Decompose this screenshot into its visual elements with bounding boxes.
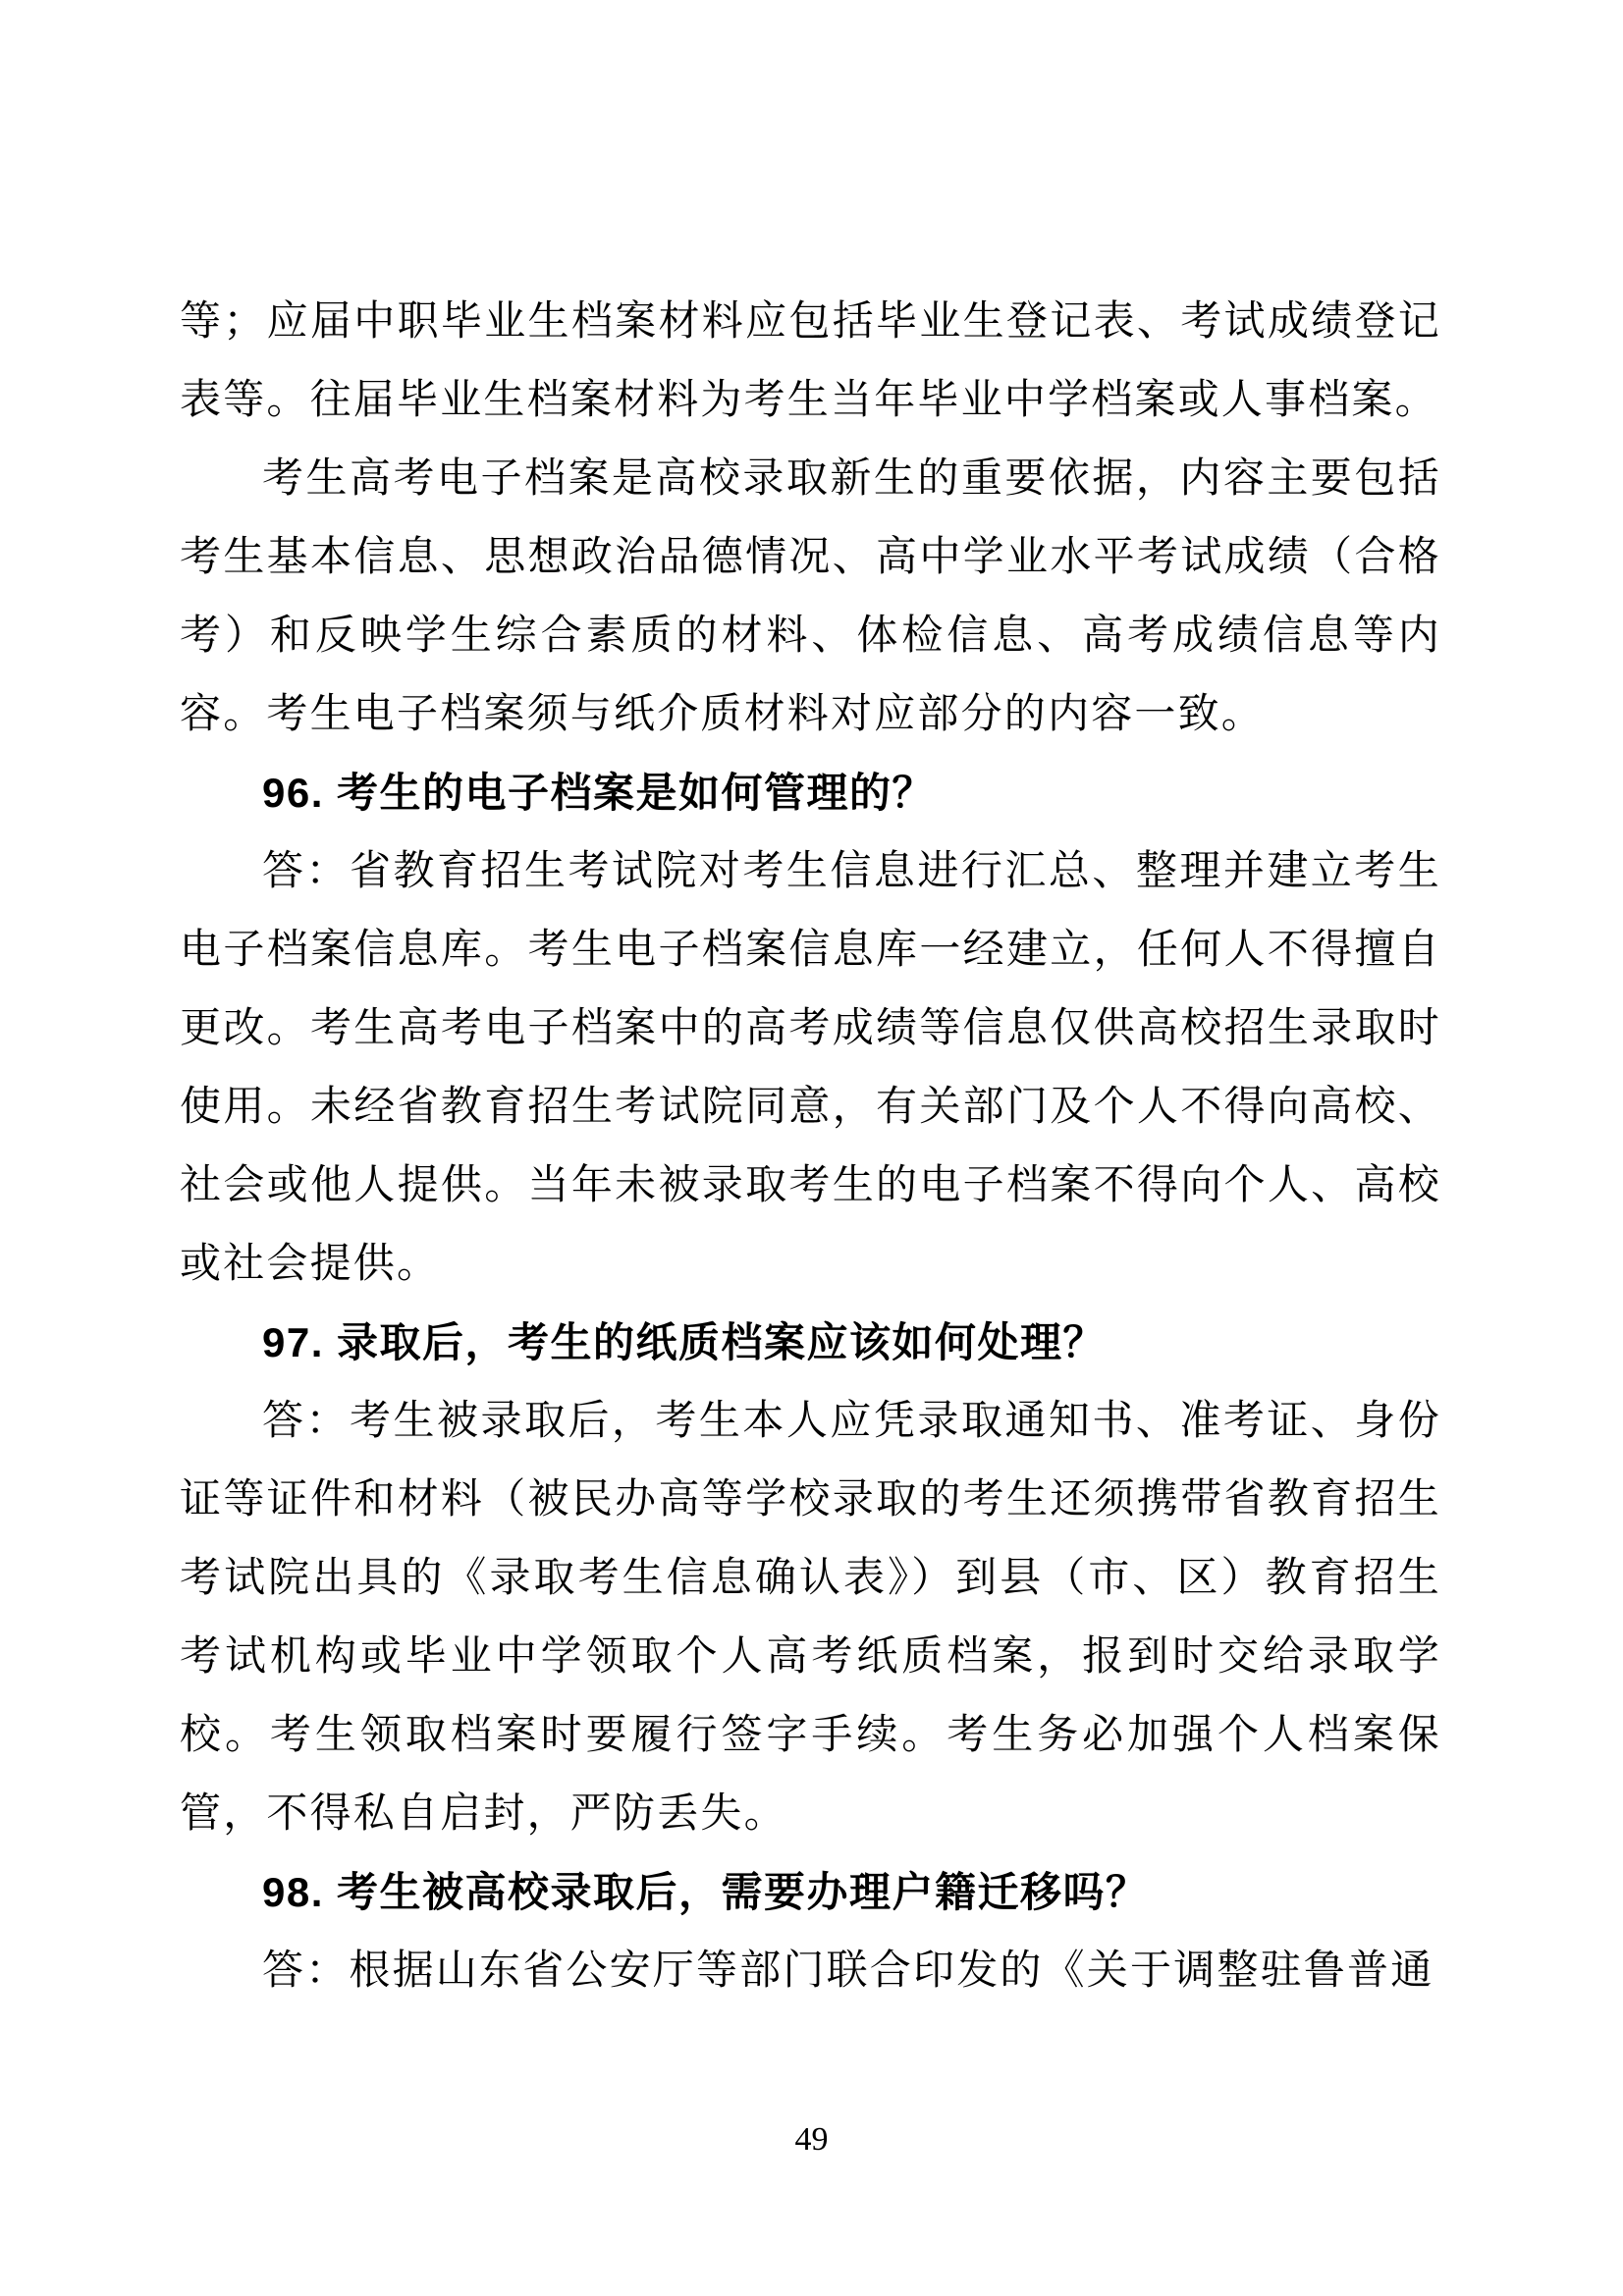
document-content: 等；应届中职毕业生档案材料应包括毕业生登记表、考试成绩登记表等。往届毕业生档案材…: [180, 283, 1441, 2010]
paragraph: 考生高考电子档案是高校录取新生的重要依据，内容主要包括考生基本信息、思想政治品德…: [180, 440, 1441, 754]
paragraph: 答：根据山东省公安厅等部门联合印发的《关于调整驻鲁普通: [180, 1932, 1441, 2010]
document-page: 等；应届中职毕业生档案材料应包括毕业生登记表、考试成绩登记表等。往届毕业生档案材…: [0, 0, 1623, 2296]
question-heading: 98. 考生被高校录取后，需要办理户籍迁移吗？: [180, 1853, 1441, 1932]
paragraph: 答：省教育招生考试院对考生信息进行汇总、整理并建立考生电子档案信息库。考生电子档…: [180, 832, 1441, 1304]
question-heading: 97. 录取后，考生的纸质档案应该如何处理？: [180, 1304, 1441, 1382]
question-heading: 96. 考生的电子档案是如何管理的？: [180, 754, 1441, 832]
page-number: 49: [0, 2118, 1623, 2162]
paragraph: 等；应届中职毕业生档案材料应包括毕业生登记表、考试成绩登记表等。往届毕业生档案材…: [180, 283, 1441, 440]
paragraph: 答：考生被录取后，考生本人应凭录取通知书、准考证、身份证等证件和材料（被民办高等…: [180, 1382, 1441, 1853]
